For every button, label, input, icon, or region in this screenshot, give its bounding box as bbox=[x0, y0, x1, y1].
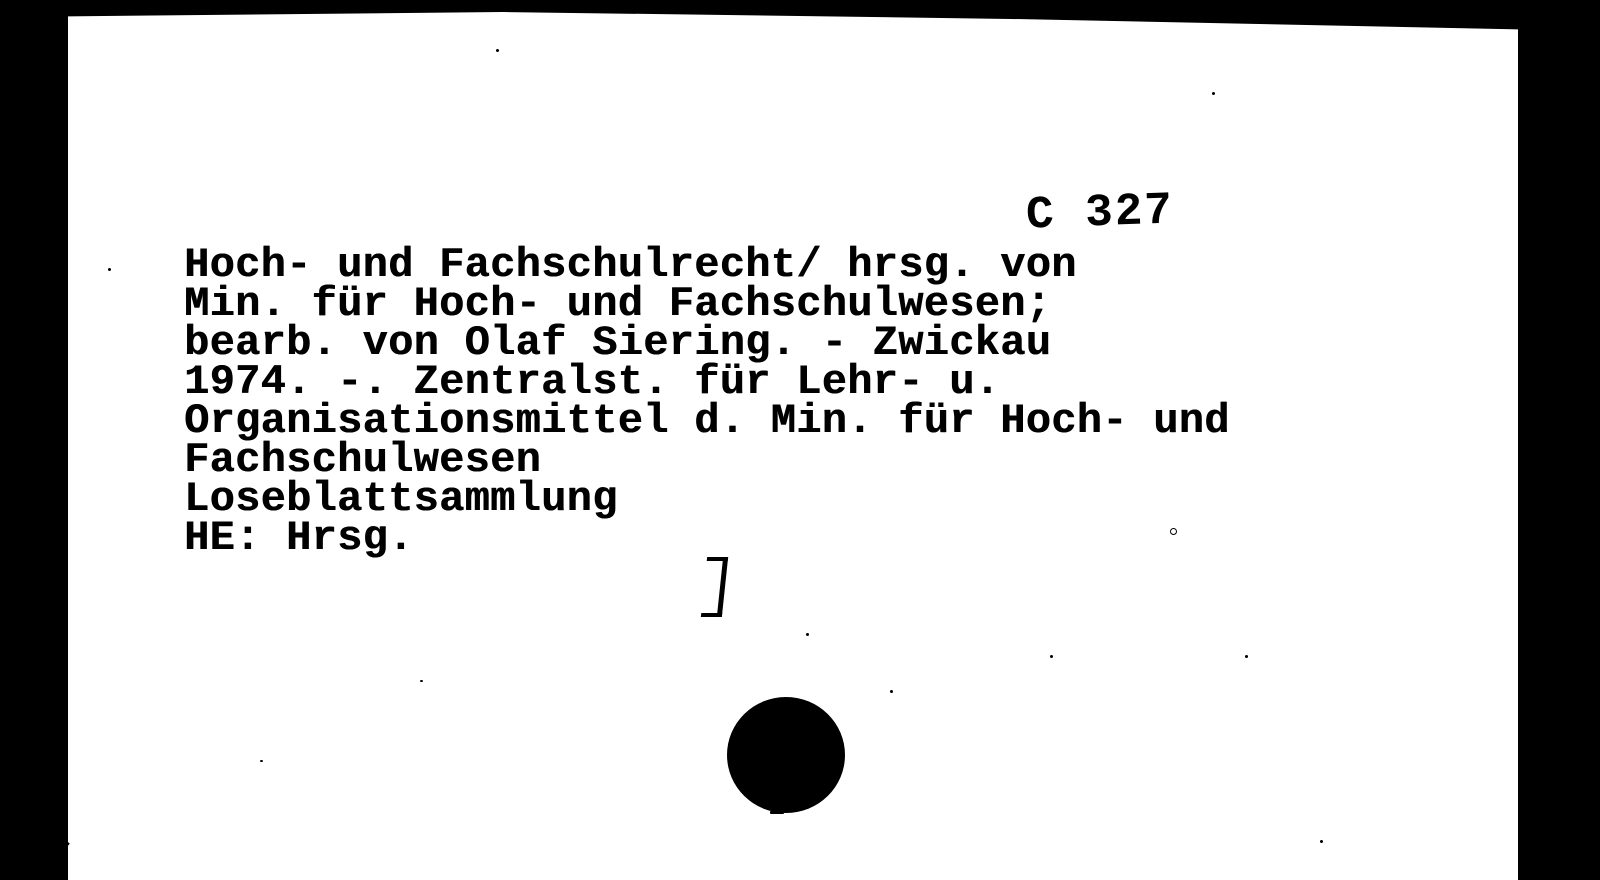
scan-speck bbox=[806, 633, 809, 636]
scan-speck bbox=[1540, 318, 1543, 321]
scan-speck bbox=[1050, 655, 1053, 658]
scan-speck bbox=[890, 690, 893, 693]
scan-speck bbox=[496, 49, 499, 52]
scan-speck bbox=[1245, 655, 1248, 658]
punch-hole bbox=[727, 697, 845, 813]
entry-line-added-entry: HE: Hrsg. bbox=[184, 519, 1230, 558]
scan-speck bbox=[1320, 840, 1323, 843]
scan-speck bbox=[108, 268, 111, 271]
scan-speck bbox=[1212, 92, 1215, 95]
scan-speck bbox=[420, 680, 423, 682]
scan-speck bbox=[770, 811, 784, 814]
call-number: C 327 bbox=[1025, 187, 1175, 238]
catalog-entry-text: Hoch- und Fachschulrecht/ hrsg. von Min.… bbox=[184, 246, 1230, 558]
scan-speck bbox=[260, 760, 263, 762]
scan-speck bbox=[1170, 528, 1177, 535]
